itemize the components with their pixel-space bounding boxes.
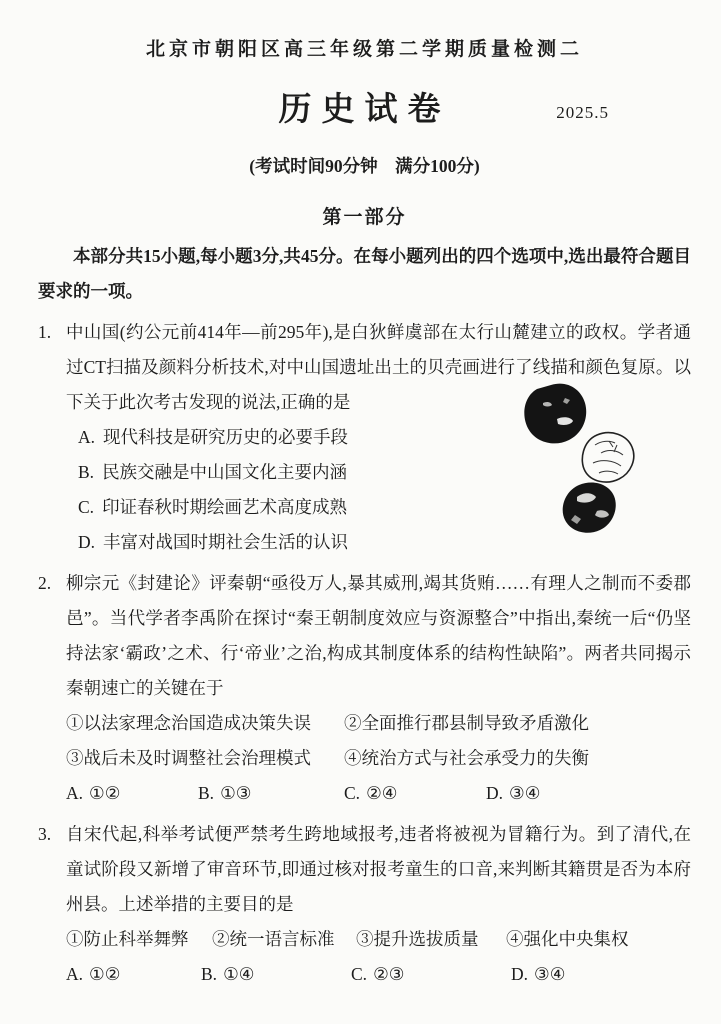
question-2-choice-b: B.①③ (198, 776, 344, 811)
shell-blob-dark-bottom-icon (563, 482, 616, 532)
question-3-sub-option-4: ④强化中央集权 (506, 922, 629, 957)
question-3-answer-choices: A.①② B.①④ C.②③ D.③④ (66, 957, 691, 992)
question-3-sub-options: ①防止科举舞弊 ②统一语言标准 ③提升选拔质量 ④强化中央集权 (66, 922, 691, 957)
question-2-choice-a: A.①② (66, 776, 198, 811)
question-2-sub-option-1: ①以法家理念治国造成决策失误 (66, 706, 344, 741)
paper-title: 历史试卷 (279, 83, 451, 130)
question-3-choice-d: D.③④ (511, 957, 565, 992)
question-3-choice-b: B.①④ (201, 957, 351, 992)
question-2-answer-choices: A.①② B.①③ C.②④ D.③④ (66, 776, 691, 811)
question-3-sub-option-3: ③提升选拔质量 (356, 922, 506, 957)
question-2-sub-options: ①以法家理念治国造成决策失误 ②全面推行郡县制导致矛盾激化 ③战后未及时调整社会… (66, 706, 691, 776)
question-1-body: 中山国(约公元前414年—前295年),是白狄鲜虞部在太行山麓建立的政权。学者通… (66, 315, 691, 560)
section-one-instructions: 本部分共15小题,每小题3分,共45分。在每小题列出的四个选项中,选出最符合题目… (38, 239, 691, 309)
section-one-title: 第一部分 (38, 202, 691, 229)
shell-blob-dark-top-icon (524, 384, 586, 444)
shell-outline-middle-icon (582, 433, 633, 482)
question-2-stem: 柳宗元《封建论》评秦朝“亟役万人,暴其威刑,竭其货贿……有理人之制而不委郡邑”。… (66, 566, 691, 706)
question-1-number: 1. (38, 315, 66, 560)
question-2-choice-c: C.②④ (344, 776, 486, 811)
shell-painting-figure (513, 383, 645, 543)
question-1: 1. 中山国(约公元前414年—前295年),是白狄鲜虞部在太行山麓建立的政权。… (38, 315, 691, 560)
question-2: 2. 柳宗元《封建论》评秦朝“亟役万人,暴其威刑,竭其货贿……有理人之制而不委郡… (38, 566, 691, 811)
title-row: 历史试卷 2025.5 (38, 83, 691, 127)
question-3-body: 自宋代起,科举考试便严禁考生跨地域报考,违者将被视为冒籍行为。到了清代,在童试阶… (66, 817, 691, 992)
question-2-body: 柳宗元《封建论》评秦朝“亟役万人,暴其威刑,竭其货贿……有理人之制而不委郡邑”。… (66, 566, 691, 811)
question-3-choice-a: A.①② (66, 957, 201, 992)
question-3-choice-c: C.②③ (351, 957, 511, 992)
question-3: 3. 自宋代起,科举考试便严禁考生跨地域报考,违者将被视为冒籍行为。到了清代,在… (38, 817, 691, 992)
question-2-sub-option-2: ②全面推行郡县制导致矛盾激化 (344, 706, 691, 741)
question-2-number: 2. (38, 566, 66, 811)
exam-paper-page: 北京市朝阳区高三年级第二学期质量检测二 历史试卷 2025.5 (考试时间90分… (0, 0, 721, 1024)
question-2-sub-option-3: ③战后未及时调整社会治理模式 (66, 741, 344, 776)
question-3-sub-option-2: ②统一语言标准 (212, 922, 356, 957)
exam-district-header: 北京市朝阳区高三年级第二学期质量检测二 (38, 34, 691, 61)
question-3-number: 3. (38, 817, 66, 992)
paper-date: 2025.5 (556, 103, 609, 123)
question-3-stem: 自宋代起,科举考试便严禁考生跨地域报考,违者将被视为冒籍行为。到了清代,在童试阶… (66, 817, 691, 922)
question-2-choice-d: D.③④ (486, 776, 540, 811)
exam-duration-score-info: (考试时间90分钟 满分100分) (38, 153, 691, 178)
question-2-sub-option-4: ④统治方式与社会承受力的失衡 (344, 741, 691, 776)
question-3-sub-option-1: ①防止科举舞弊 (66, 922, 212, 957)
